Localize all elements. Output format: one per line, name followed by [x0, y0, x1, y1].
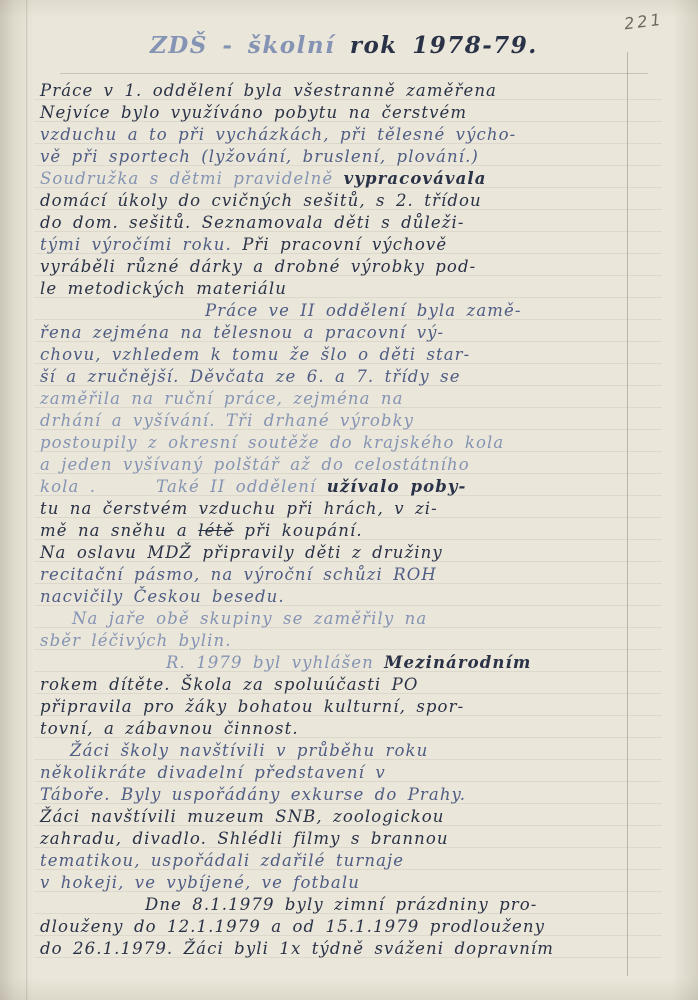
text-line: Dne 8.1.1979 byly zimní prázdniny pro-	[40, 894, 664, 916]
text-line: drhání a vyšívání. Tři drhané výrobky	[40, 410, 664, 432]
text-segment: sběr léčivých bylin.	[40, 631, 232, 650]
text-segment: Při pracovní výchově	[242, 235, 447, 254]
text-line: Na jaře obě skupiny se zaměřily na	[40, 608, 664, 630]
text-line: několikráte divadelní představení v	[40, 762, 664, 784]
text-line: R. 1979 byl vyhlášen Mezinárodním	[40, 652, 664, 674]
text-segment: tematikou, uspořádali zdařilé turnaje	[40, 851, 404, 870]
text-segment: Žáci školy navštívili v průběhu roku	[70, 741, 428, 760]
text-segment: létě	[198, 521, 234, 540]
text-line: domácí úkoly do cvičných sešitů, s 2. tř…	[40, 190, 664, 212]
text-segment: Na jaře obě skupiny se zaměřily na	[72, 609, 427, 628]
text-segment: Práce ve II oddělení byla zamě-	[205, 301, 522, 320]
text-segment: postoupily z okresní soutěže do krajskéh…	[40, 433, 504, 452]
text-segment: mě na sněhu a	[40, 521, 198, 540]
text-line: vyráběli různé dárky a drobné výrobky po…	[40, 256, 664, 278]
text-line: nacvičily Českou besedu.	[40, 586, 664, 608]
text-segment: vzduchu a to při vycházkách, při tělesné…	[40, 125, 516, 144]
text-segment: rokem dítěte. Škola za spoluúčasti PO	[40, 675, 419, 694]
text-line: tovní, a zábavnou činnost.	[40, 718, 664, 740]
text-line: do dom. sešitů. Seznamovala děti s důlež…	[40, 212, 664, 234]
text-segment: tu na čerstvém vzduchu při hrách, v zi-	[40, 499, 438, 518]
text-segment: recitační pásmo, na výroční schůzi ROH	[40, 565, 437, 584]
text-line: sběr léčivých bylin.	[40, 630, 664, 652]
binding-crease	[26, 0, 28, 1000]
text-segment: do dom. sešitů. Seznamovala děti s důlež…	[40, 213, 465, 232]
text-segment: Práce v 1. oddělení byla všestranně zamě…	[40, 81, 497, 100]
text-segment: nacvičily Českou besedu.	[40, 587, 285, 606]
text-segment: kola .	[40, 477, 96, 496]
text-line: připravila pro žáky bohatou kulturní, sp…	[40, 696, 664, 718]
text-segment: vyráběli různé dárky a drobné výrobky po…	[40, 257, 476, 276]
text-line: zahradu, divadlo. Shlédli filmy s branno…	[40, 828, 664, 850]
page-number: 221	[623, 10, 665, 34]
text-segment: ší a zručnější. Děvčata ze 6. a 7. třídy…	[40, 367, 461, 386]
text-segment: tými výročími roku.	[40, 235, 242, 254]
text-line: le metodických materiálu	[40, 278, 664, 300]
text-segment: vypracovávala	[344, 169, 487, 188]
text-segment: le metodických materiálu	[40, 279, 287, 298]
page-title: ZDŠ - školní rok 1978-79.	[150, 32, 538, 59]
text-line: do 26.1.1979. Žáci byli 1x týdně sváženi…	[40, 938, 664, 960]
text-segment: Mezinárodním	[384, 653, 531, 672]
chronicle-page: 221 ZDŠ - školní rok 1978-79. Práce v 1.…	[0, 0, 698, 1000]
text-segment: do 26.1.1979. Žáci byli 1x týdně sváženi…	[40, 939, 554, 958]
text-line: Žáci navštívili muzeum SNB, zoologickou	[40, 806, 664, 828]
text-segment: Na oslavu MDŽ připravily děti z družiny	[40, 543, 443, 562]
text-segment: chovu, vzhledem k tomu že šlo o děti sta…	[40, 345, 470, 364]
text-line: tými výročími roku. Při pracovní výchově	[40, 234, 664, 256]
text-segment: při koupání.	[234, 521, 363, 540]
text-segment: Žáci navštívili muzeum SNB, zoologickou	[40, 807, 445, 826]
text-line: v hokeji, ve vybíjené, ve fotbalu	[40, 872, 664, 894]
text-line: Táboře. Byly uspořádány exkurse do Prahy…	[40, 784, 664, 806]
text-line: ší a zručnější. Děvčata ze 6. a 7. třídy…	[40, 366, 664, 388]
text-line: Práce ve II oddělení byla zamě-	[40, 300, 664, 322]
text-segment: drhání a vyšívání. Tři drhané výrobky	[40, 411, 414, 430]
text-segment: vě při sportech (lyžování, bruslení, plo…	[40, 147, 479, 166]
text-line: Žáci školy navštívili v průběhu roku	[40, 740, 664, 762]
manuscript-lines: Práce v 1. oddělení byla všestranně zamě…	[40, 80, 664, 960]
text-segment: několikráte divadelní představení v	[40, 763, 386, 782]
text-segment: dlouženy do 12.1.1979 a od 15.1.1979 pro…	[40, 917, 545, 936]
text-segment: zaměřila na ruční práce, zejména na	[40, 389, 404, 408]
text-segment: ZDŠ - školní	[150, 32, 350, 59]
text-segment: užívalo poby-	[327, 477, 467, 496]
text-segment: rok 1978-79.	[350, 32, 538, 59]
text-line: recitační pásmo, na výroční schůzi ROH	[40, 564, 664, 586]
text-segment: Soudružka s dětmi pravidelně	[40, 169, 344, 188]
text-line: a jeden vyšívaný polštář až do celostátn…	[40, 454, 664, 476]
text-line: Nejvíce bylo využíváno pobytu na čerstvé…	[40, 102, 664, 124]
text-segment: zahradu, divadlo. Shlédli filmy s branno…	[40, 829, 449, 848]
text-segment: a jeden vyšívaný polštář až do celostátn…	[40, 455, 470, 474]
text-line: Na oslavu MDŽ připravily děti z družiny	[40, 542, 664, 564]
text-segment: R. 1979 byl vyhlášen	[166, 653, 384, 672]
text-segment: v hokeji, ve vybíjené, ve fotbalu	[40, 873, 360, 892]
text-line: vě při sportech (lyžování, bruslení, plo…	[40, 146, 664, 168]
text-line: tematikou, uspořádali zdařilé turnaje	[40, 850, 664, 872]
text-line: zaměřila na ruční práce, zejména na	[40, 388, 664, 410]
text-line: rokem dítěte. Škola za spoluúčasti PO	[40, 674, 664, 696]
text-line: dlouženy do 12.1.1979 a od 15.1.1979 pro…	[40, 916, 664, 938]
text-segment: řena zejména na tělesnou a pracovní vý-	[40, 323, 444, 342]
text-segment: Nejvíce bylo využíváno pobytu na čerstvé…	[40, 103, 467, 122]
text-line: tu na čerstvém vzduchu při hrách, v zi-	[40, 498, 664, 520]
text-line: mě na sněhu a létě při koupání.	[40, 520, 664, 542]
text-line: Práce v 1. oddělení byla všestranně zamě…	[40, 80, 664, 102]
title-rule-line	[60, 73, 648, 74]
text-line: chovu, vzhledem k tomu že šlo o děti sta…	[40, 344, 664, 366]
text-segment: připravila pro žáky bohatou kulturní, sp…	[40, 697, 464, 716]
text-line: vzduchu a to při vycházkách, při tělesné…	[40, 124, 664, 146]
text-segment: Táboře. Byly uspořádány exkurse do Prahy…	[40, 785, 466, 804]
text-segment: Dne 8.1.1979 byly zimní prázdniny pro-	[145, 895, 537, 914]
text-segment: tovní, a zábavnou činnost.	[40, 719, 299, 738]
text-line: Soudružka s dětmi pravidelně vypracováva…	[40, 168, 664, 190]
text-line: postoupily z okresní soutěže do krajskéh…	[40, 432, 664, 454]
text-segment: Také II oddělení	[156, 477, 327, 496]
text-segment: domácí úkoly do cvičných sešitů, s 2. tř…	[40, 191, 482, 210]
text-line: kola .Také II oddělení užívalo poby-	[40, 476, 664, 498]
text-line: řena zejména na tělesnou a pracovní vý-	[40, 322, 664, 344]
